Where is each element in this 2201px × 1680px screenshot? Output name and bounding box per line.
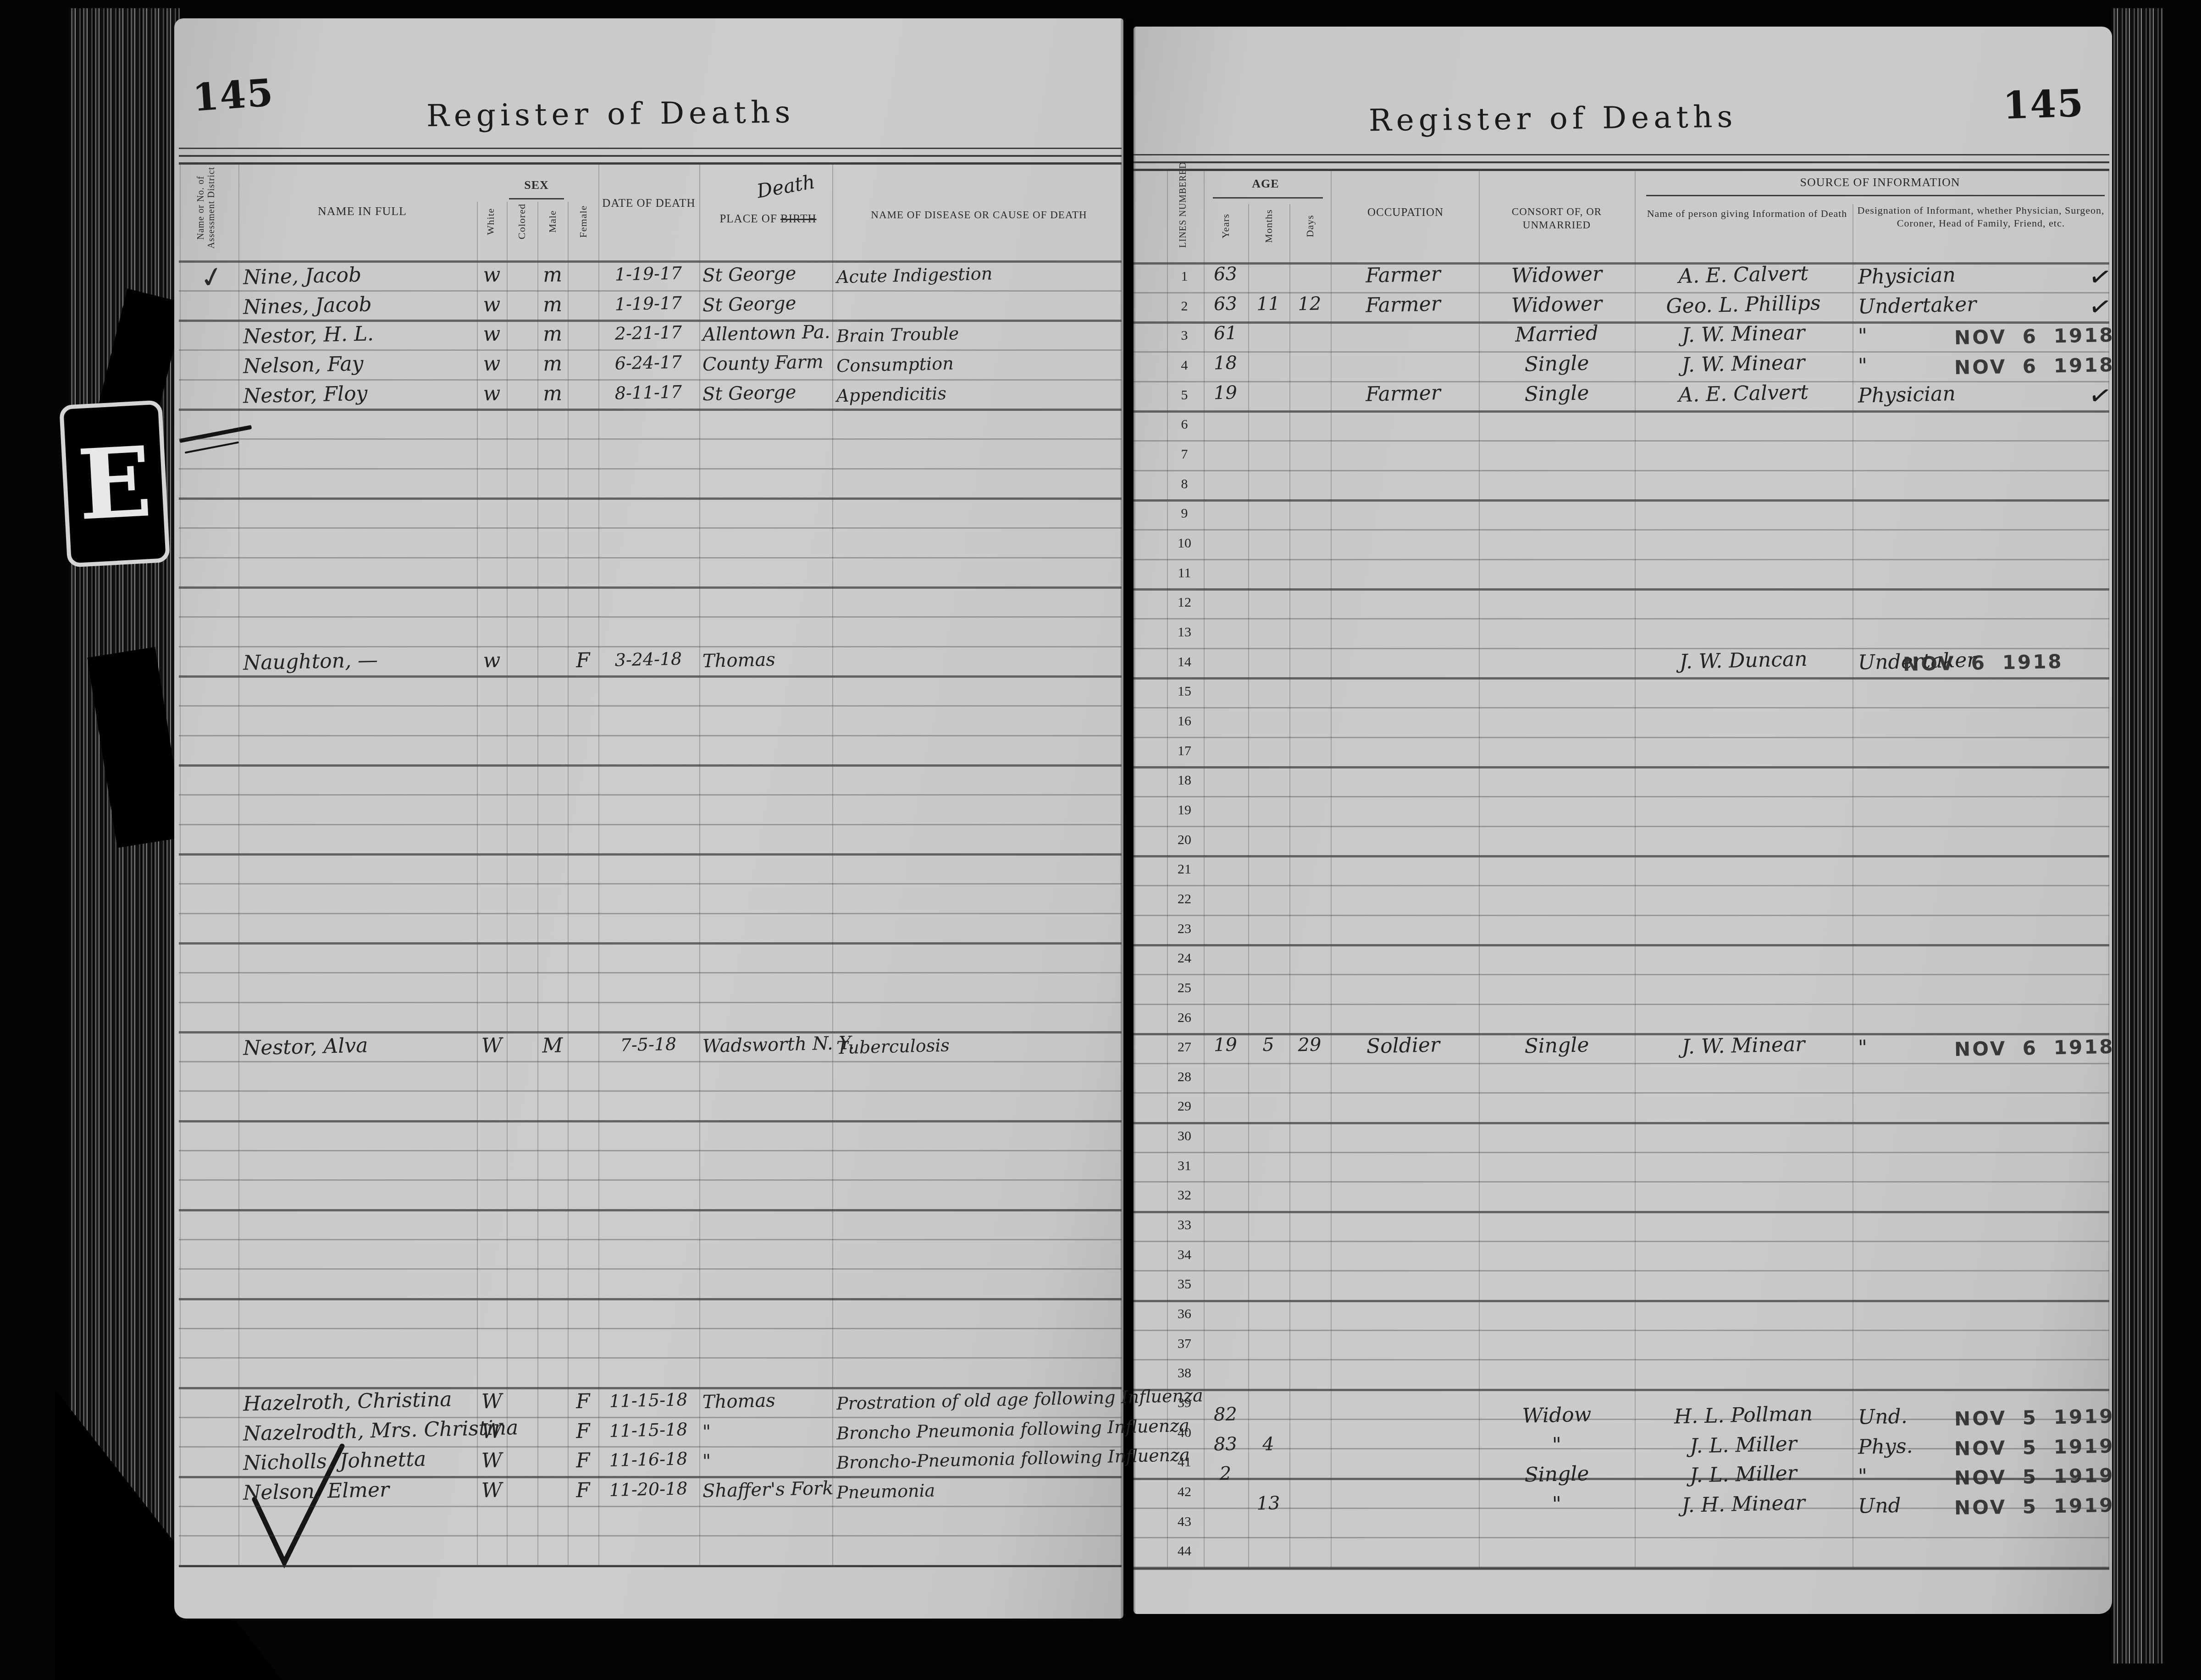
right-page-title: Register of Deaths (1369, 99, 1737, 138)
line-number: 29 (1168, 1099, 1200, 1114)
row-40-place: " (702, 1420, 831, 1441)
line-number: 18 (1168, 773, 1200, 788)
line-number: 9 (1168, 506, 1200, 521)
row-2-years: 63 (1204, 294, 1248, 314)
grid-line (179, 883, 1122, 884)
row-3-consort: Married (1481, 323, 1633, 346)
line-number: 25 (1168, 980, 1200, 996)
grid-line (1331, 170, 1332, 1568)
row-42-female: F (568, 1480, 599, 1501)
line-number: 7 (1168, 447, 1200, 462)
date-stamp-row-40: NOV 5 1919 (1954, 1435, 2115, 1460)
row-1-place: St George (702, 264, 831, 285)
col-source-group: SOURCE OF INFORMATION (1697, 175, 2063, 190)
date-stamp-row-41: NOV 5 1919 (1954, 1464, 2115, 1489)
line-number: 10 (1168, 536, 1200, 551)
grid-line (1134, 885, 2109, 886)
row-40-name: Nazelrodth, Mrs. Christina (243, 1419, 473, 1444)
grid-line (1635, 170, 1636, 1568)
row-2-male: m (537, 294, 568, 315)
row-39-name: Hazelroth, Christina (243, 1389, 473, 1414)
source-underline (1646, 195, 2105, 196)
grid-line (179, 1090, 1122, 1092)
grid-line (1134, 1359, 2109, 1360)
grid-line (179, 1150, 1122, 1151)
grid-line (1134, 1537, 2109, 1538)
line-number: 28 (1168, 1069, 1200, 1085)
grid-line (1121, 163, 1122, 1565)
row-40-years: 83 (1204, 1435, 1248, 1454)
grid-line (1134, 1004, 2109, 1005)
grid-line (179, 853, 1122, 856)
grid-line (1204, 170, 1205, 1568)
line-number: 23 (1168, 921, 1200, 937)
row-41-female: F (568, 1451, 599, 1472)
row-2-white: w (477, 294, 507, 315)
col-informant-name: Name of person giving Information of Dea… (1646, 207, 1848, 220)
grid-line (179, 349, 1122, 351)
row-27-place: Wadsworth N. Y. (702, 1034, 831, 1056)
grid-line (1134, 944, 2109, 946)
grid-line (1134, 440, 2109, 442)
header-rule (179, 155, 1122, 157)
row-39-consort: Widow (1481, 1404, 1633, 1427)
col-date-of-death: DATE OF DEATH (601, 196, 697, 210)
row-27-date: 7-5-18 (600, 1035, 697, 1055)
row-27-years: 19 (1204, 1035, 1248, 1055)
grid-line (179, 1506, 1122, 1507)
grid-line (179, 320, 1122, 322)
col-age-days: Days (1304, 199, 1316, 254)
grid-line (1134, 529, 2109, 531)
grid-line (1167, 170, 1168, 1568)
row-27-months: 5 (1248, 1035, 1289, 1055)
grid-line (179, 1387, 1122, 1389)
grid-line (1134, 1270, 2109, 1271)
grid-line (1134, 1330, 2109, 1331)
row-4-years: 18 (1204, 354, 1248, 373)
register-of-deaths-scan: E 145 Register of Deaths 145 Register of… (0, 0, 2201, 1680)
row-1-date: 1-19-17 (600, 264, 697, 284)
grid-line (179, 942, 1122, 945)
left-page-title: Register of Deaths (426, 94, 795, 133)
line-number: 15 (1168, 684, 1200, 699)
line-number: 17 (1168, 743, 1200, 759)
line-number: 1 (1168, 269, 1200, 284)
line-number: 37 (1168, 1336, 1200, 1352)
grid-line (1134, 1300, 2109, 1302)
grid-line (179, 764, 1122, 767)
grid-line (1134, 1152, 2109, 1153)
date-stamp-row-39: NOV 5 1919 (1954, 1405, 2115, 1430)
line-number: 24 (1168, 951, 1200, 966)
row-4-date: 6-24-17 (600, 353, 697, 373)
grid-line (1134, 737, 2109, 738)
grid-line (477, 202, 478, 1565)
grid-line (179, 260, 1122, 263)
grid-line (179, 1239, 1122, 1240)
row-5-consort: Single (1481, 382, 1633, 405)
row-40-female: F (568, 1421, 599, 1442)
line-number: 11 (1168, 565, 1200, 581)
row-4-white: w (477, 354, 507, 374)
grid-line (568, 202, 569, 1565)
row-42-place: Shaffer's Fork (702, 1479, 831, 1500)
grid-line (1134, 470, 2109, 471)
line-number: 35 (1168, 1277, 1200, 1292)
grid-line (179, 379, 1122, 381)
row-3-years: 61 (1204, 324, 1248, 343)
row-1-white: w (477, 265, 507, 285)
line-number: 26 (1168, 1010, 1200, 1026)
grid-line (1134, 677, 2109, 680)
line-number: 30 (1168, 1128, 1200, 1144)
grid-line (1134, 1389, 2109, 1391)
line-number: 33 (1168, 1217, 1200, 1233)
grid-line (179, 290, 1122, 292)
line-number: 19 (1168, 802, 1200, 818)
grid-line (179, 497, 1122, 500)
grid-line (179, 1357, 1122, 1359)
grid-line (179, 972, 1122, 973)
row-39-years: 82 (1204, 1405, 1248, 1424)
grid-line (1134, 1241, 2109, 1242)
grid-line (1479, 170, 1480, 1568)
row-3-white: w (477, 324, 507, 345)
grid-line (179, 1446, 1122, 1448)
grid-line (179, 1179, 1122, 1181)
grid-line (179, 616, 1122, 618)
col-consort: CONSORT OF, OR UNMARRIED (1481, 205, 1632, 232)
row-2-informant: Geo. L. Phillips (1638, 292, 1849, 317)
row-2-occupation: Farmer (1334, 293, 1472, 316)
row-40-white: W (477, 1421, 507, 1442)
grid-line (179, 1061, 1122, 1062)
row-39-date: 11-15-18 (600, 1391, 697, 1410)
grid-line (1134, 1181, 2109, 1183)
grid-line (179, 586, 1122, 589)
grid-line (1134, 915, 2109, 916)
line-number: 27 (1168, 1039, 1200, 1055)
grid-line (1248, 204, 1249, 1568)
grid-line (179, 735, 1122, 736)
row-4-place: County Farm (702, 353, 831, 374)
line-number: 13 (1168, 624, 1200, 640)
line-number: 21 (1168, 862, 1200, 877)
row-41-white: W (477, 1451, 507, 1471)
col-sex-colored: Colored (516, 194, 528, 249)
grid-line (179, 1298, 1122, 1300)
grid-line (1134, 588, 2109, 591)
header-rule (179, 162, 1122, 165)
grid-line (179, 675, 1122, 678)
grid-line (598, 163, 599, 1565)
grid-line (179, 1535, 1122, 1536)
col-informant-designation: Designation of Informant, whether Physic… (1857, 204, 2105, 229)
row-27-male: M (537, 1035, 568, 1056)
grid-line (179, 409, 1122, 411)
row-42-date: 11-20-18 (600, 1480, 697, 1499)
row-5-place: St George (702, 382, 831, 403)
col-place-of-death: PLACE OF BIRTH (702, 212, 835, 226)
grid-line (179, 527, 1122, 529)
row-1-consort: Widower (1481, 263, 1633, 287)
grid-line (1134, 1211, 2109, 1213)
line-number: 5 (1168, 387, 1200, 403)
row-2-days: 12 (1289, 294, 1330, 314)
grid-line (179, 1120, 1122, 1122)
col-sex-white: White (485, 194, 497, 249)
grid-line (1134, 559, 2109, 560)
date-stamp-row-14: NOV 6 1918 (1903, 650, 2063, 675)
row-40-months: 4 (1248, 1435, 1289, 1454)
grid-line (832, 163, 833, 1565)
grid-line (1134, 1063, 2109, 1064)
col-lines-numbered: LINES NUMBERED (1178, 159, 1189, 251)
line-number: 22 (1168, 891, 1200, 907)
grid-line (2108, 170, 2109, 1568)
grid-line (179, 1476, 1122, 1478)
header-rule (1134, 154, 2109, 155)
row-41-consort: Single (1481, 1463, 1633, 1487)
right-page-edge-stack (2111, 8, 2162, 1663)
row-27-white: W (477, 1035, 507, 1056)
left-page (174, 18, 1123, 1619)
line-number: 32 (1168, 1188, 1200, 1203)
grid-line (1134, 707, 2109, 708)
row-40-date: 11-15-18 (600, 1420, 697, 1440)
grid-line (1289, 204, 1290, 1568)
line-number: 31 (1168, 1158, 1200, 1174)
grid-line (179, 794, 1122, 796)
line-number: 12 (1168, 595, 1200, 610)
col-age-months: Months (1263, 199, 1275, 254)
col-age-years: Years (1220, 199, 1232, 254)
row-5-years: 19 (1204, 383, 1248, 403)
row-27-days: 29 (1289, 1035, 1330, 1055)
grid-line (179, 1417, 1122, 1418)
line-number: 16 (1168, 713, 1200, 729)
grid-line (1853, 204, 1853, 1568)
left-page-number: 145 (191, 71, 275, 120)
row-41-place: " (702, 1449, 831, 1470)
col-age-group: AGE (1220, 177, 1311, 192)
col-cause-of-death: NAME OF DISEASE OR CAUSE OF DEATH (839, 209, 1119, 222)
grid-line (1134, 1567, 2109, 1569)
grid-line (179, 646, 1122, 647)
line-number: 36 (1168, 1306, 1200, 1322)
row-4-consort: Single (1481, 352, 1633, 376)
line-number: 38 (1168, 1365, 1200, 1381)
grid-line (179, 1268, 1122, 1270)
row-1-occupation: Farmer (1334, 264, 1472, 287)
grid-line (179, 1031, 1122, 1033)
grid-line (1134, 796, 2109, 797)
col-occupation: OCCUPATION (1339, 205, 1472, 220)
date-stamp-row-4: NOV 6 1918 (1954, 354, 2115, 379)
row-5-date: 8-11-17 (600, 382, 697, 402)
header-rule (1134, 169, 2109, 171)
grid-line (1134, 618, 2109, 619)
line-number: 6 (1168, 417, 1200, 432)
grid-line (179, 557, 1122, 558)
row-3-place: Allentown Pa. (702, 323, 831, 344)
col-assessment-district: Name or No. of Assessment District (196, 153, 217, 263)
index-tab-letter: E (76, 434, 154, 534)
row-5-designation: Physician (1858, 381, 2056, 406)
row-4-male: m (537, 354, 568, 374)
book-spine (1121, 18, 1135, 1619)
row-1-years: 63 (1204, 265, 1248, 284)
line-number: 43 (1168, 1514, 1200, 1530)
row-5-occupation: Farmer (1334, 382, 1472, 405)
grid-line (1134, 826, 2109, 827)
grid-line (699, 163, 700, 1565)
row-2-date: 1-19-17 (600, 293, 697, 313)
row-14-white: w (477, 650, 507, 671)
right-page-number: 145 (2002, 81, 2085, 128)
row-42-consort: " (1481, 1492, 1633, 1516)
grid-line (179, 1565, 1122, 1567)
grid-line (180, 163, 181, 1565)
grid-line (179, 705, 1122, 707)
grid-line (1134, 1092, 2109, 1094)
row-5-white: w (477, 383, 507, 404)
col-sex-male: Male (547, 194, 559, 249)
grid-line (179, 1328, 1122, 1329)
row-14-date: 3-24-18 (600, 649, 697, 669)
row-41-years: 2 (1204, 1464, 1248, 1483)
row-2-consort: Widower (1481, 293, 1633, 316)
grid-line (1134, 499, 2109, 502)
index-tab: E (59, 400, 170, 567)
grid-line (238, 163, 239, 1565)
line-number: 8 (1168, 476, 1200, 492)
grid-line (179, 824, 1122, 825)
date-stamp-row-27: NOV 6 1918 (1954, 1035, 2115, 1061)
row-39-place: Thomas (702, 1390, 831, 1411)
row-2-place: St George (702, 293, 831, 314)
row-42-white: W (477, 1480, 507, 1501)
col-name-in-full: NAME IN FULL (257, 204, 468, 219)
row-39-white: W (477, 1391, 507, 1412)
row-2-designation: Undertaker (1858, 293, 2056, 317)
date-stamp-row-3: NOV 6 1918 (1954, 324, 2115, 349)
date-stamp-row-42: NOV 5 1919 (1954, 1494, 2115, 1519)
row-2-months: 11 (1248, 294, 1289, 314)
row-1-male: m (537, 265, 568, 285)
grid-line (1134, 410, 2109, 413)
grid-line (179, 1002, 1122, 1003)
row-27-occupation: Soldier (1334, 1034, 1472, 1058)
row-14-female: F (568, 650, 599, 671)
header-rule (179, 148, 1122, 149)
line-number: 3 (1168, 328, 1200, 343)
place-of-label: PLACE OF (719, 213, 777, 225)
col-sex-female: Female (577, 194, 589, 249)
row-42-months: 13 (1248, 1494, 1289, 1513)
col-sex-group: SEX (500, 178, 573, 193)
row-3-male: m (537, 324, 568, 345)
grid-line (507, 202, 508, 1565)
header-rule (1134, 161, 2109, 163)
birth-label-struck: BIRTH (780, 213, 817, 225)
line-number: 2 (1168, 298, 1200, 314)
line-number: 14 (1168, 654, 1200, 670)
row-3-date: 2-21-17 (600, 323, 697, 343)
row-41-date: 11-16-18 (600, 1450, 697, 1470)
grid-line (179, 438, 1122, 440)
line-number: 34 (1168, 1247, 1200, 1263)
line-number: 44 (1168, 1543, 1200, 1559)
row-14-place: Thomas (702, 649, 831, 670)
grid-line (179, 468, 1122, 470)
line-number: 4 (1168, 358, 1200, 373)
row-5-male: m (537, 383, 568, 404)
grid-line (179, 913, 1122, 914)
grid-line (537, 202, 538, 1565)
line-number: 42 (1168, 1484, 1200, 1500)
grid-line (1134, 766, 2109, 768)
row-40-consort: " (1481, 1433, 1633, 1457)
row-27-consort: Single (1481, 1034, 1633, 1057)
grid-line (1134, 1122, 2109, 1124)
grid-line (179, 1209, 1122, 1211)
grid-line (1134, 974, 2109, 975)
grid-line (1134, 855, 2109, 857)
line-number: 20 (1168, 832, 1200, 848)
row-39-female: F (568, 1391, 599, 1412)
